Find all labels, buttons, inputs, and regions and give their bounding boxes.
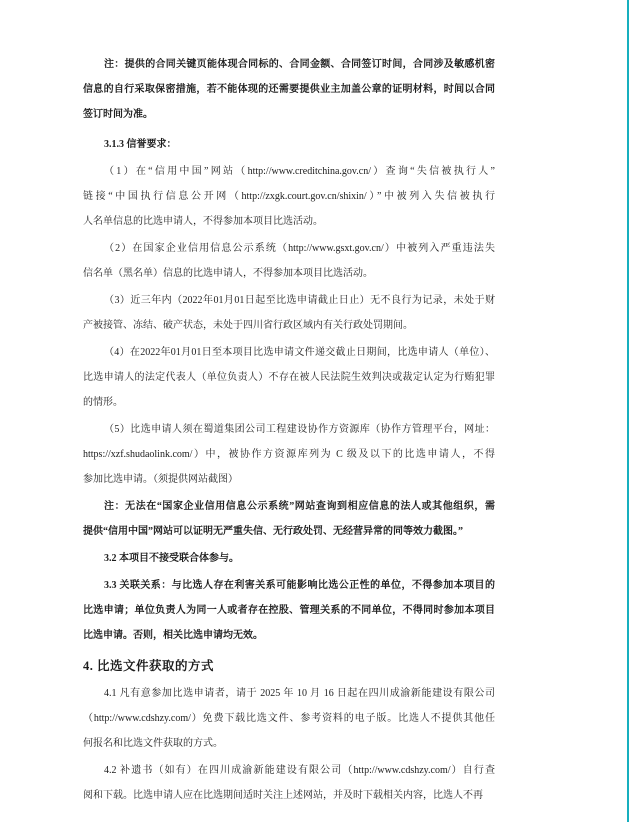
heading-4-document-acquisition: 4. 比选文件获取的方式 [83,654,495,679]
note-contract-key-pages: 注：提供的合同关键页能体现合同标的、合同金额、合同签订时间，合同涉及敏感机密信息… [83,52,495,127]
credit-item-5: （5）比选申请人须在蜀道集团公司工程建设协作方资源库（协作方管理平台，网址：ht… [83,417,495,492]
note-contract-key-pages-line-2: 信息的自行采取保密措施，若不能体现的还需要提供业主加盖公章的证明材料，时间以合同 [83,77,495,102]
document-page: 注：提供的合同关键页能体现合同标的、合同金额、合同签订时间，合同涉及敏感机密信息… [0,0,631,822]
clause-3-3-affiliation-line-2: 比选申请；单位负责人为同一人或者存在控股、管理关系的不同单位，不得同时参加本项目 [83,598,495,623]
note-credit-screenshot-line-1: 注：无法在“国家企业信用信息公示系统”网站查询到相应信息的法人或其他组织，需 [83,494,495,519]
credit-item-5-line-1: （5）比选申请人须在蜀道集团公司工程建设协作方资源库（协作方管理平台，网址： [83,417,495,442]
credit-item-2-line-2: 信名单（黑名单）信息的比选申请人，不得参加本项目比选活动。 [83,261,495,286]
credit-item-1-line-2: 链接“中国执行信息公开网（http://zxgk.court.gov.cn/sh… [83,184,495,209]
clause-3-2-no-consortium-line-1: 3.2 本项目不接受联合体参与。 [83,546,495,571]
credit-item-4-line-3: 的情形。 [83,390,495,415]
heading-4-document-acquisition-line-1: 4. 比选文件获取的方式 [83,654,495,679]
credit-item-4-line-1: （4）在2022年01月01日至本项目比选申请文件递交截止日期间，比选申请人（单… [83,340,495,365]
credit-item-2: （2）在国家企业信用信息公示系统（http://www.gsxt.gov.cn/… [83,236,495,286]
clause-4-2-addendum: 4.2 补遗书（如有）在四川成渝新能建设有限公司（http://www.cdsh… [83,758,495,808]
credit-item-3-line-2: 产被接管、冻结、破产状态，未处于四川省行政区域内有关行政处罚期间。 [83,313,495,338]
clause-4-2-addendum-line-2: 阅和下载。比选申请人应在比选期间适时关注上述网站，并及时下载相关内容，比选人不再 [83,783,495,808]
heading-3-1-3-credit-requirements: 3.1.3 信誉要求： [83,132,495,157]
heading-3-1-3-credit-requirements-line-1: 3.1.3 信誉要求： [83,132,495,157]
note-credit-screenshot: 注：无法在“国家企业信用信息公示系统”网站查询到相应信息的法人或其他组织，需提供… [83,494,495,544]
note-contract-key-pages-line-1: 注：提供的合同关键页能体现合同标的、合同金额、合同签订时间，合同涉及敏感机密 [83,52,495,77]
note-credit-screenshot-line-2: 提供“信用中国”网站可以证明无严重失信、无行政处罚、无经营异常的同等效力截图。” [83,519,495,544]
credit-item-3: （3）近三年内（2022年01月01日起至比选申请截止日止）无不良行为记录，未处… [83,288,495,338]
credit-item-1-line-1: （1）在“信用中国”网站（http://www.creditchina.gov.… [83,159,495,184]
clause-3-2-no-consortium: 3.2 本项目不接受联合体参与。 [83,546,495,571]
clause-4-2-addendum-line-1: 4.2 补遗书（如有）在四川成渝新能建设有限公司（http://www.cdsh… [83,758,495,783]
page-edge-accent-line [627,0,629,822]
clause-4-1-download-line-2: （http://www.cdshzy.com/）免费下载比选文件、参考资料的电子… [83,706,495,731]
note-contract-key-pages-line-3: 签订时间为准。 [83,102,495,127]
credit-item-5-line-2: https://xzf.shudaolink.com/）中，被协作方资源库列为 … [83,442,495,467]
document-body: 注：提供的合同关键页能体现合同标的、合同金额、合同签订时间，合同涉及敏感机密信息… [83,50,495,808]
credit-item-4: （4）在2022年01月01日至本项目比选申请文件递交截止日期间，比选申请人（单… [83,340,495,415]
credit-item-2-line-1: （2）在国家企业信用信息公示系统（http://www.gsxt.gov.cn/… [83,236,495,261]
clause-4-1-download: 4.1 凡有意参加比选申请者，请于 2025 年 10 月 16 日起在四川成渝… [83,681,495,756]
credit-item-4-line-2: 比选申请人的法定代表人（单位负责人）不存在被人民法院生效判决或裁定认定为行贿犯罪 [83,365,495,390]
clause-4-1-download-line-3: 何报名和比选文件获取的方式。 [83,731,495,756]
clause-3-3-affiliation-line-1: 3.3 关联关系：与比选人存在利害关系可能影响比选公正性的单位，不得参加本项目的 [83,573,495,598]
credit-item-5-line-3: 参加比选申请。（须提供网站截图） [83,467,495,492]
credit-item-3-line-1: （3）近三年内（2022年01月01日起至比选申请截止日止）无不良行为记录，未处… [83,288,495,313]
credit-item-1: （1）在“信用中国”网站（http://www.creditchina.gov.… [83,159,495,234]
clause-3-3-affiliation: 3.3 关联关系：与比选人存在利害关系可能影响比选公正性的单位，不得参加本项目的… [83,573,495,648]
clause-3-3-affiliation-line-3: 比选申请。否则，相关比选申请均无效。 [83,623,495,648]
credit-item-1-line-3: 人名单信息的比选申请人，不得参加本项目比选活动。 [83,209,495,234]
clause-4-1-download-line-1: 4.1 凡有意参加比选申请者，请于 2025 年 10 月 16 日起在四川成渝… [83,681,495,706]
